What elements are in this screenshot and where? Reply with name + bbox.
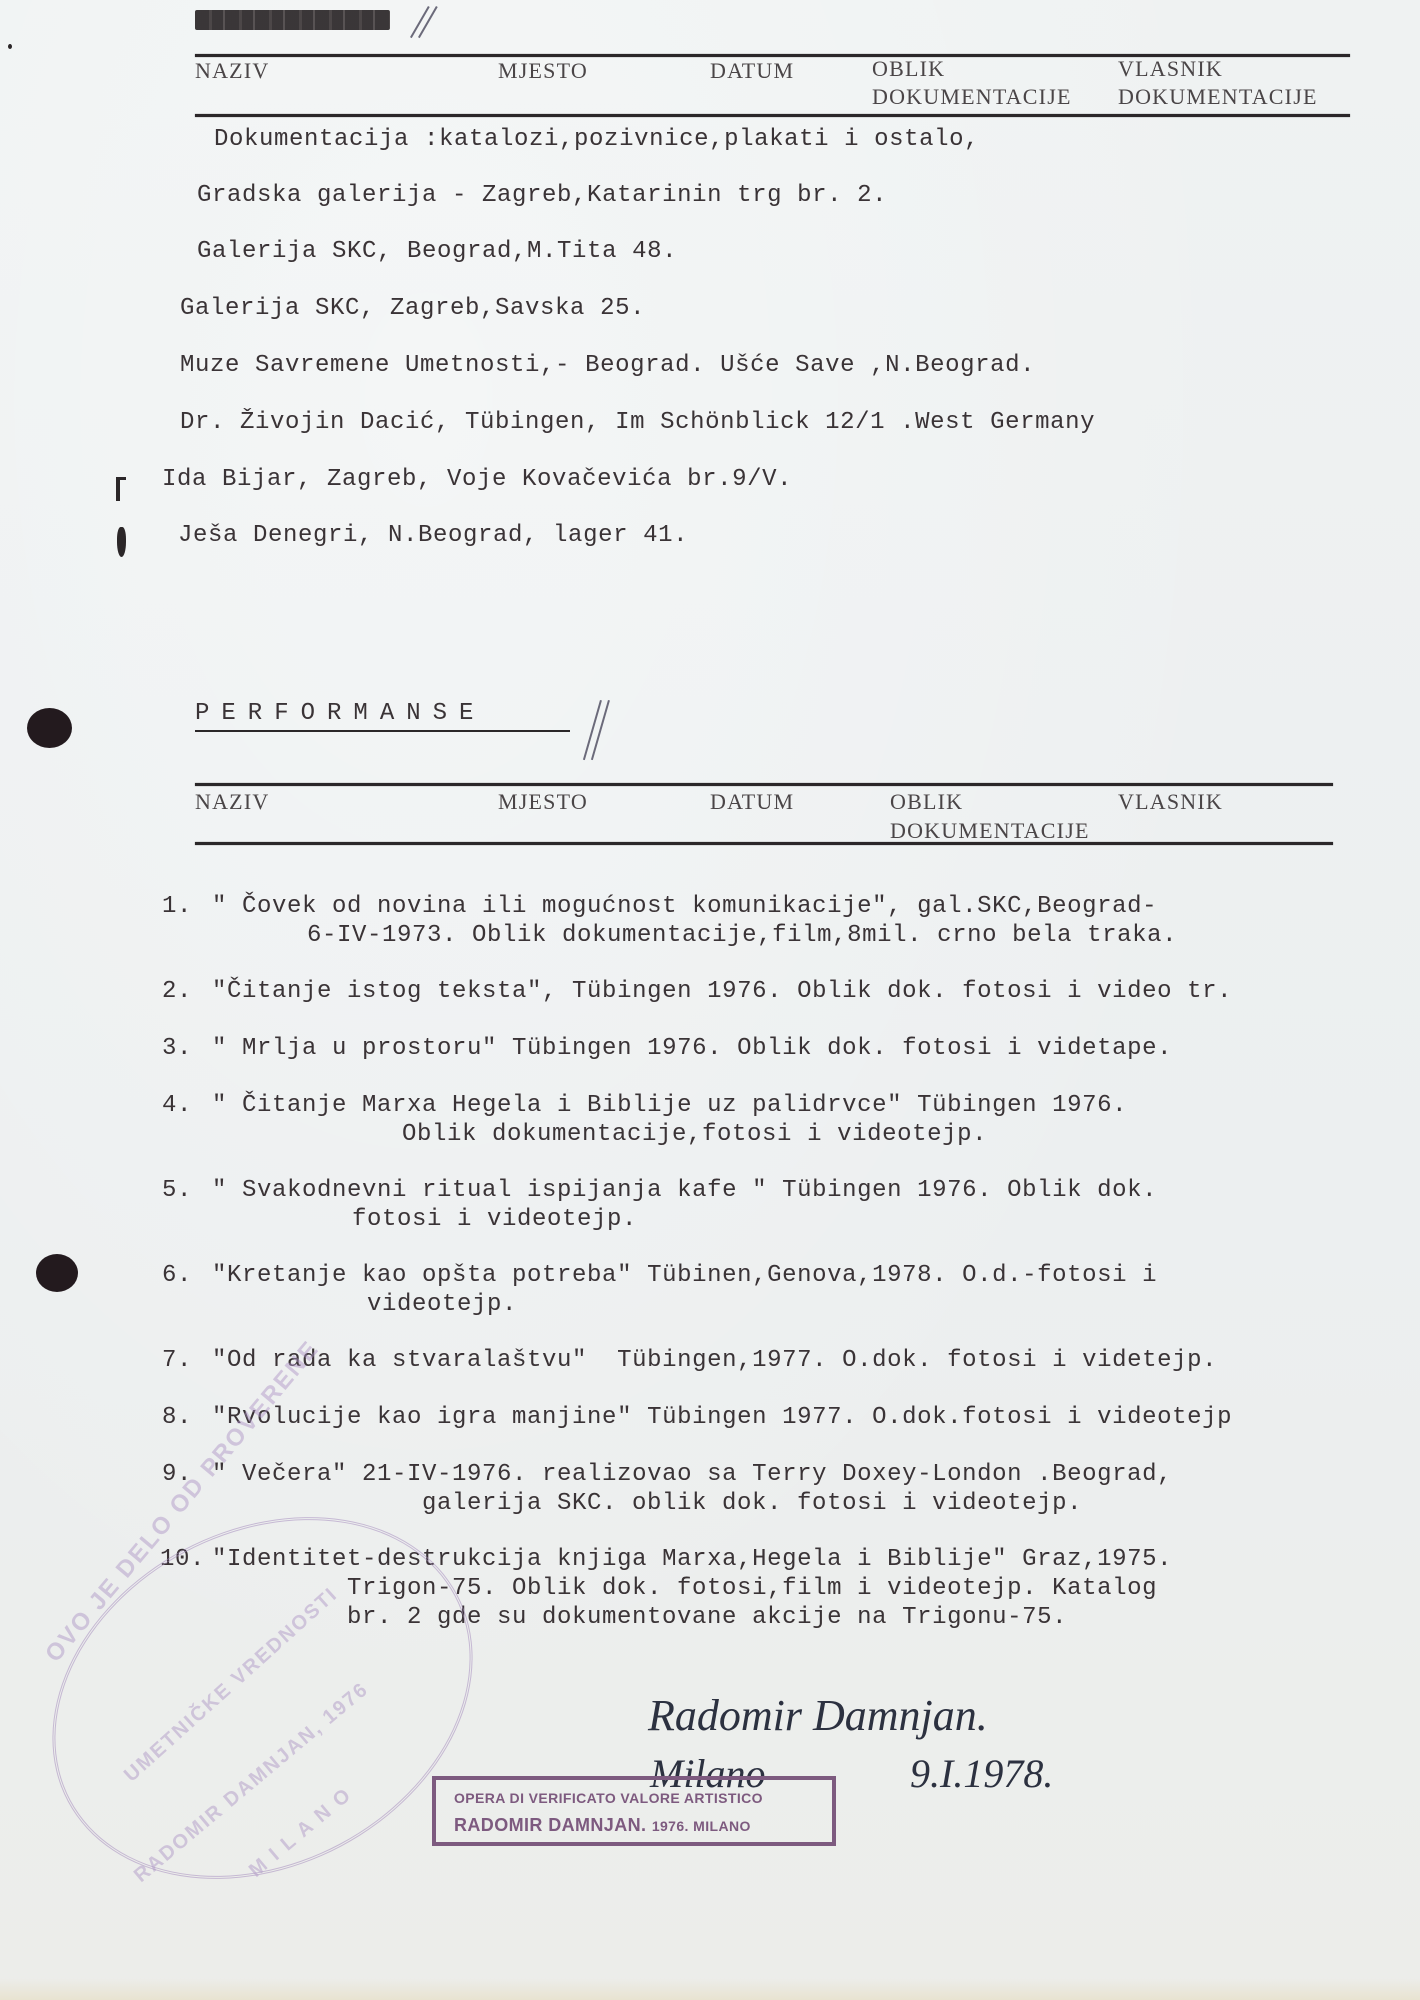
doc-line: Dr. Živojin Dacić, Tübingen, Im Schönbli… bbox=[180, 409, 1095, 436]
performance-line: "Rvolucije kao igra manjine" Tübingen 19… bbox=[212, 1404, 1232, 1431]
doc-line: Ida Bijar, Zagreb, Voje Kovačevića br.9/… bbox=[162, 466, 792, 493]
performance-number: 8. bbox=[162, 1404, 192, 1431]
performance-line: "Od rada ka stvaralaštvu" Tübingen,1977.… bbox=[212, 1347, 1217, 1374]
performance-line: Trigon-75. Oblik dok. fotosi,film i vide… bbox=[347, 1575, 1157, 1602]
signature-date: 9.I.1978. bbox=[910, 1750, 1053, 1797]
col-vlasnik-1: VLASNIK bbox=[1118, 789, 1223, 815]
doc-line: Galerija SKC, Zagreb,Savska 25. bbox=[180, 295, 645, 322]
col-mjesto: MJESTO bbox=[498, 58, 588, 84]
col-datum: DATUM bbox=[710, 58, 794, 84]
performance-line: " Večera" 21-IV-1976. realizovao sa Terr… bbox=[212, 1461, 1172, 1488]
box-stamp-line1: OPERA DI VERIFICATO VALORE ARTISTICO bbox=[454, 1790, 763, 1806]
performance-number: 1. bbox=[162, 893, 192, 920]
doc-line: Ješa Denegri, N.Beograd, lager 41. bbox=[178, 522, 688, 549]
performance-number: 3. bbox=[162, 1035, 192, 1062]
punch-hole-upper bbox=[27, 708, 72, 748]
box-stamp-suffix: 1976. MILANO bbox=[652, 1818, 751, 1834]
performance-number: 7. bbox=[162, 1347, 192, 1374]
col-vlasnik-1: VLASNIK bbox=[1118, 56, 1223, 82]
performance-number: 6. bbox=[162, 1262, 192, 1289]
header-bottom-rule bbox=[195, 842, 1333, 845]
doc-line: Galerija SKC, Beograd,M.Tita 48. bbox=[197, 238, 677, 265]
header-top-rule bbox=[195, 783, 1333, 786]
box-stamp-name: RADOMIR DAMNJAN. bbox=[454, 1815, 646, 1835]
performance-line: " Čovek od novina ili mogućnost komunika… bbox=[212, 893, 1157, 920]
col-vlasnik-2: DOKUMENTACIJE bbox=[1118, 84, 1318, 110]
redacted-heading bbox=[195, 10, 390, 30]
header-bottom-rule bbox=[195, 114, 1350, 117]
signature-name: Radomir Damnjan. bbox=[648, 1690, 988, 1741]
performance-line: " Svakodnevni ritual ispijanja kafe " Tü… bbox=[212, 1177, 1157, 1204]
col-oblik-1: OBLIK bbox=[890, 789, 963, 815]
performance-line: Oblik dokumentacije,fotosi i videotejp. bbox=[402, 1121, 987, 1148]
col-mjesto: MJESTO bbox=[498, 789, 588, 815]
performance-line: 6-IV-1973. Oblik dokumentacije,film,8mil… bbox=[307, 922, 1177, 949]
doc-line: Dokumentacija :katalozi,pozivnice,plakat… bbox=[214, 126, 979, 153]
margin-dot bbox=[8, 44, 12, 49]
margin-tick-mark bbox=[117, 527, 126, 557]
col-datum: DATUM bbox=[710, 789, 794, 815]
performance-line: videotejp. bbox=[367, 1291, 517, 1318]
col-oblik-2: DOKUMENTACIJE bbox=[872, 84, 1072, 110]
col-oblik-1: OBLIK bbox=[872, 56, 945, 82]
col-naziv: NAZIV bbox=[195, 58, 269, 84]
performance-number: 5. bbox=[162, 1177, 192, 1204]
performance-line: "Kretanje kao opšta potreba" Tübinen,Gen… bbox=[212, 1262, 1157, 1289]
punch-hole-lower bbox=[36, 1254, 78, 1292]
section-title-underline bbox=[195, 730, 570, 732]
box-stamp: OPERA DI VERIFICATO VALORE ARTISTICO RAD… bbox=[432, 1776, 836, 1846]
performance-line: "Čitanje istog teksta", Tübingen 1976. O… bbox=[212, 978, 1232, 1005]
margin-bracket-mark bbox=[116, 477, 120, 501]
performance-number: 2. bbox=[162, 978, 192, 1005]
box-stamp-line2: RADOMIR DAMNJAN. 1976. MILANO bbox=[454, 1815, 751, 1836]
doc-line: Gradska galerija - Zagreb,Katarinin trg … bbox=[197, 182, 887, 209]
col-oblik-2: DOKUMENTACIJE bbox=[890, 818, 1090, 844]
col-naziv: NAZIV bbox=[195, 789, 269, 815]
performance-line: fotosi i videotejp. bbox=[352, 1206, 637, 1233]
section-title: PERFORMANSE bbox=[195, 700, 485, 727]
margin-bracket-mark-top bbox=[116, 477, 126, 480]
performance-line: " Mrlja u prostoru" Tübingen 1976. Oblik… bbox=[212, 1035, 1172, 1062]
doc-line: Muze Savremene Umetnosti,- Beograd. Ušće… bbox=[180, 352, 1035, 379]
performance-number: 4. bbox=[162, 1092, 192, 1119]
performance-line: galerija SKC. oblik dok. fotosi i videot… bbox=[422, 1490, 1082, 1517]
performance-line: " Čitanje Marxa Hegela i Biblije uz pali… bbox=[212, 1092, 1127, 1119]
